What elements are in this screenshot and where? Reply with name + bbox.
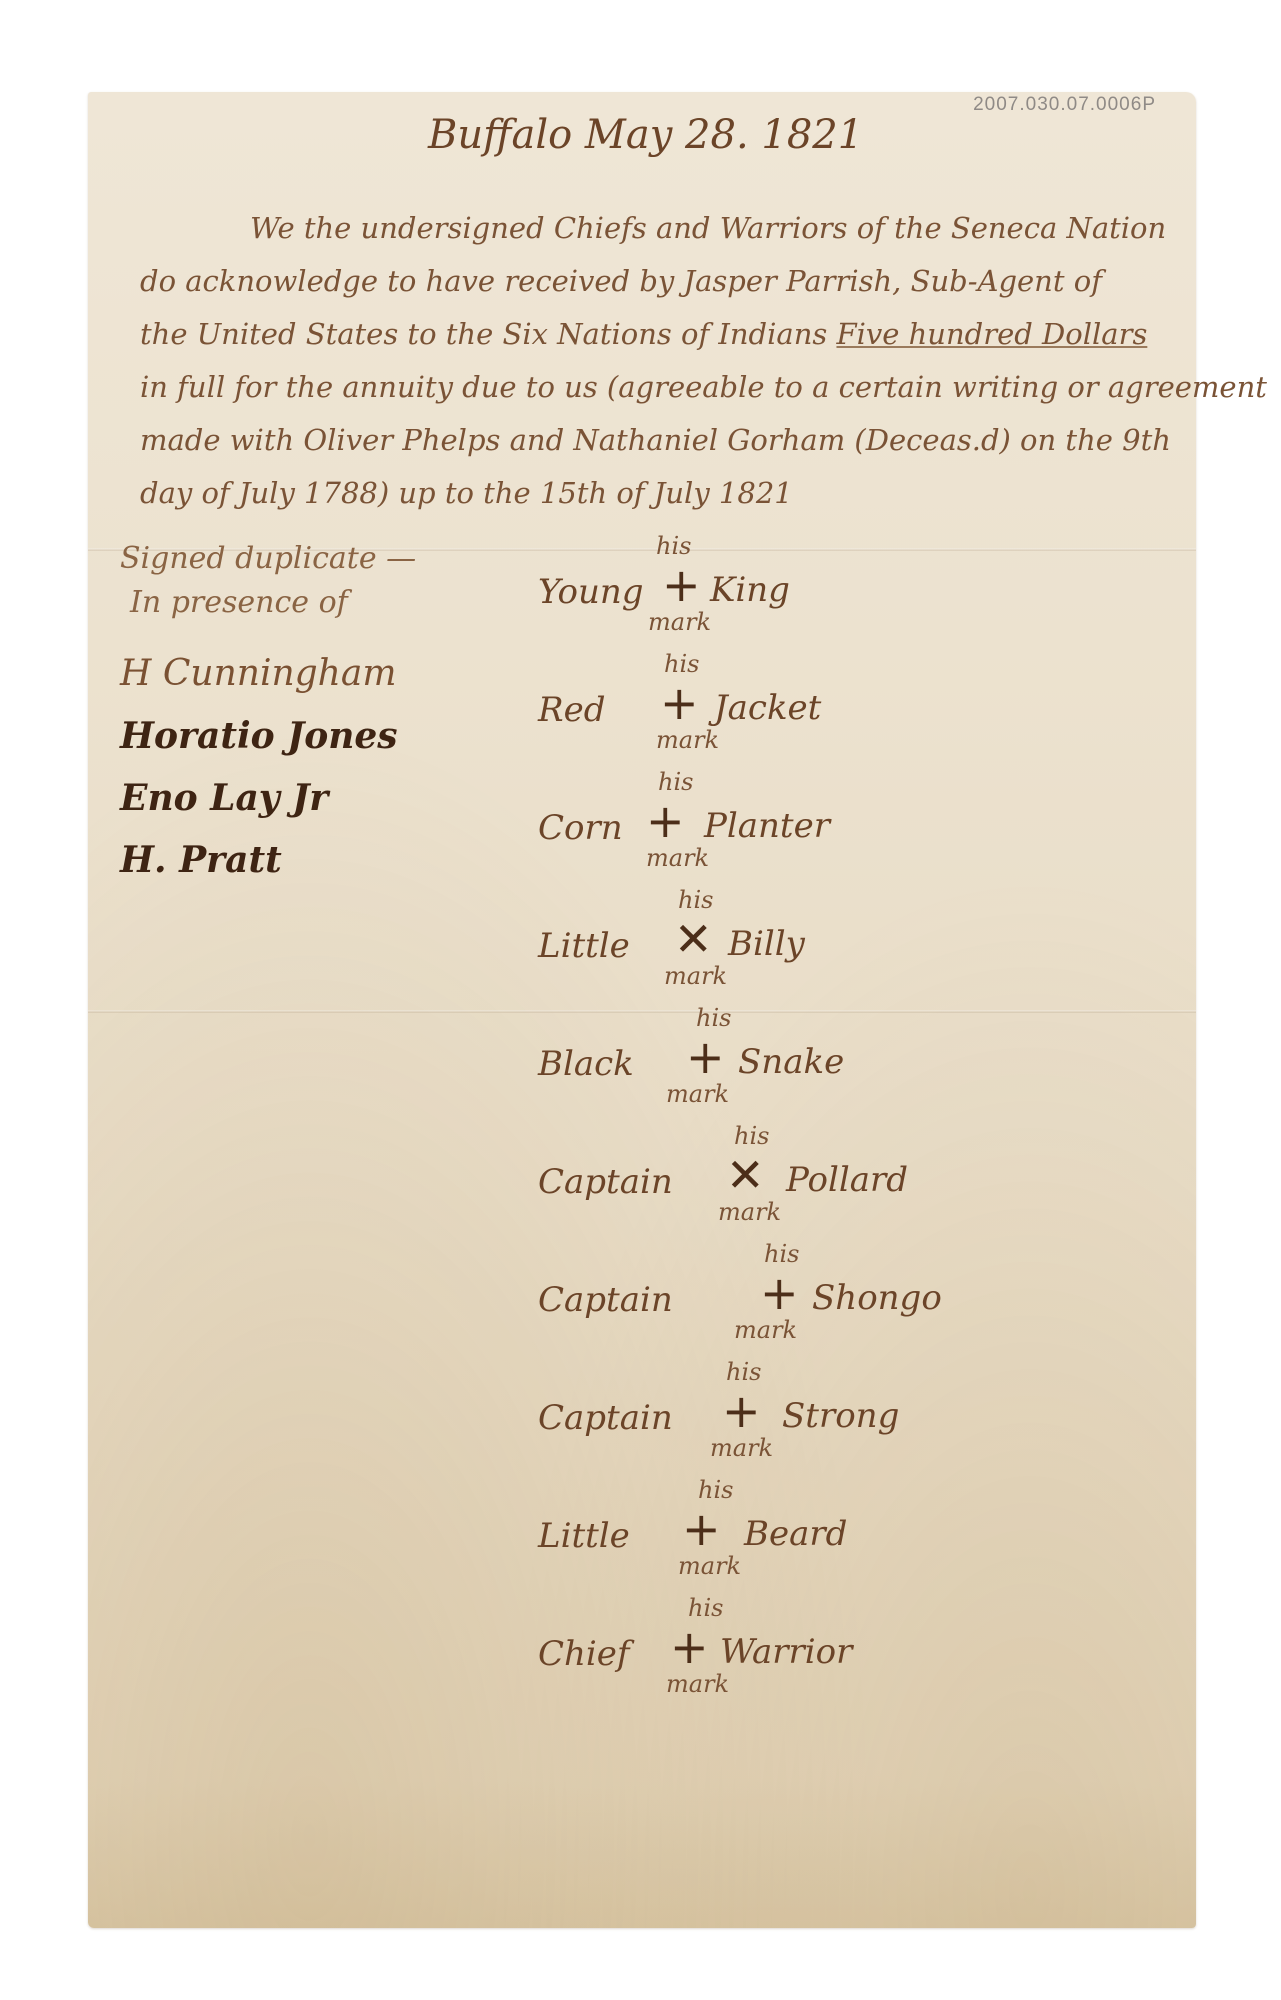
mark-label: mark [718, 1198, 781, 1226]
signatory-given-name: Little [538, 926, 630, 966]
body-line: made with Oliver Phelps and Nathaniel Go… [140, 414, 1180, 467]
signatory-surname: Warrior [720, 1632, 852, 1672]
signatory-given-name: Young [538, 572, 644, 612]
signatory-entry: Young his + King mark [538, 532, 1178, 650]
body-line: in full for the annuity due to us (agree… [140, 361, 1180, 414]
signatory-surname: Billy [728, 924, 805, 964]
mark-label: mark [646, 844, 709, 872]
his-label: his [698, 1476, 733, 1504]
signatory-entry: Red his + Jacket mark [538, 650, 1178, 768]
his-label: his [658, 768, 693, 796]
accession-number: 2007.030.07.0006P [973, 94, 1156, 116]
mark-label: mark [648, 608, 711, 636]
signatory-given-name: Captain [538, 1162, 673, 1202]
signatory-entry: Corn his + Planter mark [538, 768, 1178, 886]
cross-mark-icon: ✕ [726, 1148, 765, 1202]
cross-mark-icon: + [662, 558, 701, 612]
mark-label: mark [656, 726, 719, 754]
signatory-surname: Pollard [786, 1160, 908, 1200]
signatory-surname: Jacket [714, 688, 821, 728]
his-label: his [764, 1240, 799, 1268]
signatory-entry: Little his + Beard mark [538, 1476, 1178, 1594]
signatory-given-name: Chief [538, 1634, 630, 1674]
witness-signature: H. Pratt [120, 829, 600, 891]
signatory-given-name: Little [538, 1516, 630, 1556]
signatory-surname: King [710, 570, 790, 610]
signatory-entry: Chief his + Warrior mark [538, 1594, 1178, 1712]
signatory-surname: Planter [704, 806, 830, 846]
signatory-given-name: Corn [538, 808, 623, 848]
signatory-surname: Snake [738, 1042, 844, 1082]
body-line-part: the United States to the Six Nations of … [140, 317, 827, 351]
witness-signature: H Cunningham [120, 643, 600, 705]
signatory-given-name: Red [538, 690, 606, 730]
his-label: his [696, 1004, 731, 1032]
signatory-entry: Little his ✕ Billy mark [538, 886, 1178, 1004]
mark-label: mark [666, 1080, 729, 1108]
signatory-marks: Young his + King mark Red his + Jacket m… [538, 532, 1178, 1712]
in-presence-caption: In presence of [120, 581, 600, 625]
manuscript-page: 2007.030.07.0006P Buffalo May 28. 1821 W… [88, 92, 1196, 1928]
body-line: We the undersigned Chiefs and Warriors o… [140, 202, 1180, 255]
mark-label: mark [664, 962, 727, 990]
cross-mark-icon: + [722, 1384, 761, 1438]
witness-signature: Horatio Jones [120, 705, 600, 767]
body-line: the United States to the Six Nations of … [140, 308, 1180, 361]
body-line: do acknowledge to have received by Jaspe… [140, 255, 1180, 308]
signatory-surname: Beard [744, 1514, 847, 1554]
his-label: his [656, 532, 691, 560]
cross-mark-icon: + [760, 1266, 799, 1320]
dateline: Buffalo May 28. 1821 [428, 112, 863, 158]
signatory-given-name: Captain [538, 1280, 673, 1320]
his-label: his [688, 1594, 723, 1622]
cross-mark-icon: + [660, 676, 699, 730]
cross-mark-icon: + [682, 1502, 721, 1556]
signatory-given-name: Captain [538, 1398, 673, 1438]
his-label: his [678, 886, 713, 914]
cross-mark-icon: + [686, 1030, 725, 1084]
signatory-entry: Captain his + Strong mark [538, 1358, 1178, 1476]
mark-label: mark [678, 1552, 741, 1580]
body-line: day of July 1788) up to the 15th of July… [140, 467, 1180, 520]
cross-mark-icon: + [670, 1620, 709, 1674]
amount-text: Five hundred Dollars [836, 317, 1147, 351]
signatory-entry: Captain his + Shongo mark [538, 1240, 1178, 1358]
cross-mark-icon: + [646, 794, 685, 848]
mark-label: mark [666, 1670, 729, 1698]
signatory-given-name: Black [538, 1044, 634, 1084]
his-label: his [664, 650, 699, 678]
signatory-surname: Shongo [812, 1278, 942, 1318]
receipt-body: We the undersigned Chiefs and Warriors o… [140, 202, 1180, 520]
mark-label: mark [734, 1316, 797, 1344]
his-label: his [734, 1122, 769, 1150]
witness-block: Signed duplicate — In presence of H Cunn… [120, 537, 600, 891]
witness-signature: Eno Lay Jr [120, 767, 600, 829]
signatory-entry: Black his + Snake mark [538, 1004, 1178, 1122]
signed-duplicate-caption: Signed duplicate — [120, 537, 600, 581]
signatory-surname: Strong [782, 1396, 899, 1436]
signatory-entry: Captain his ✕ Pollard mark [538, 1122, 1178, 1240]
his-label: his [726, 1358, 761, 1386]
cross-mark-icon: ✕ [674, 912, 713, 966]
mark-label: mark [710, 1434, 773, 1462]
